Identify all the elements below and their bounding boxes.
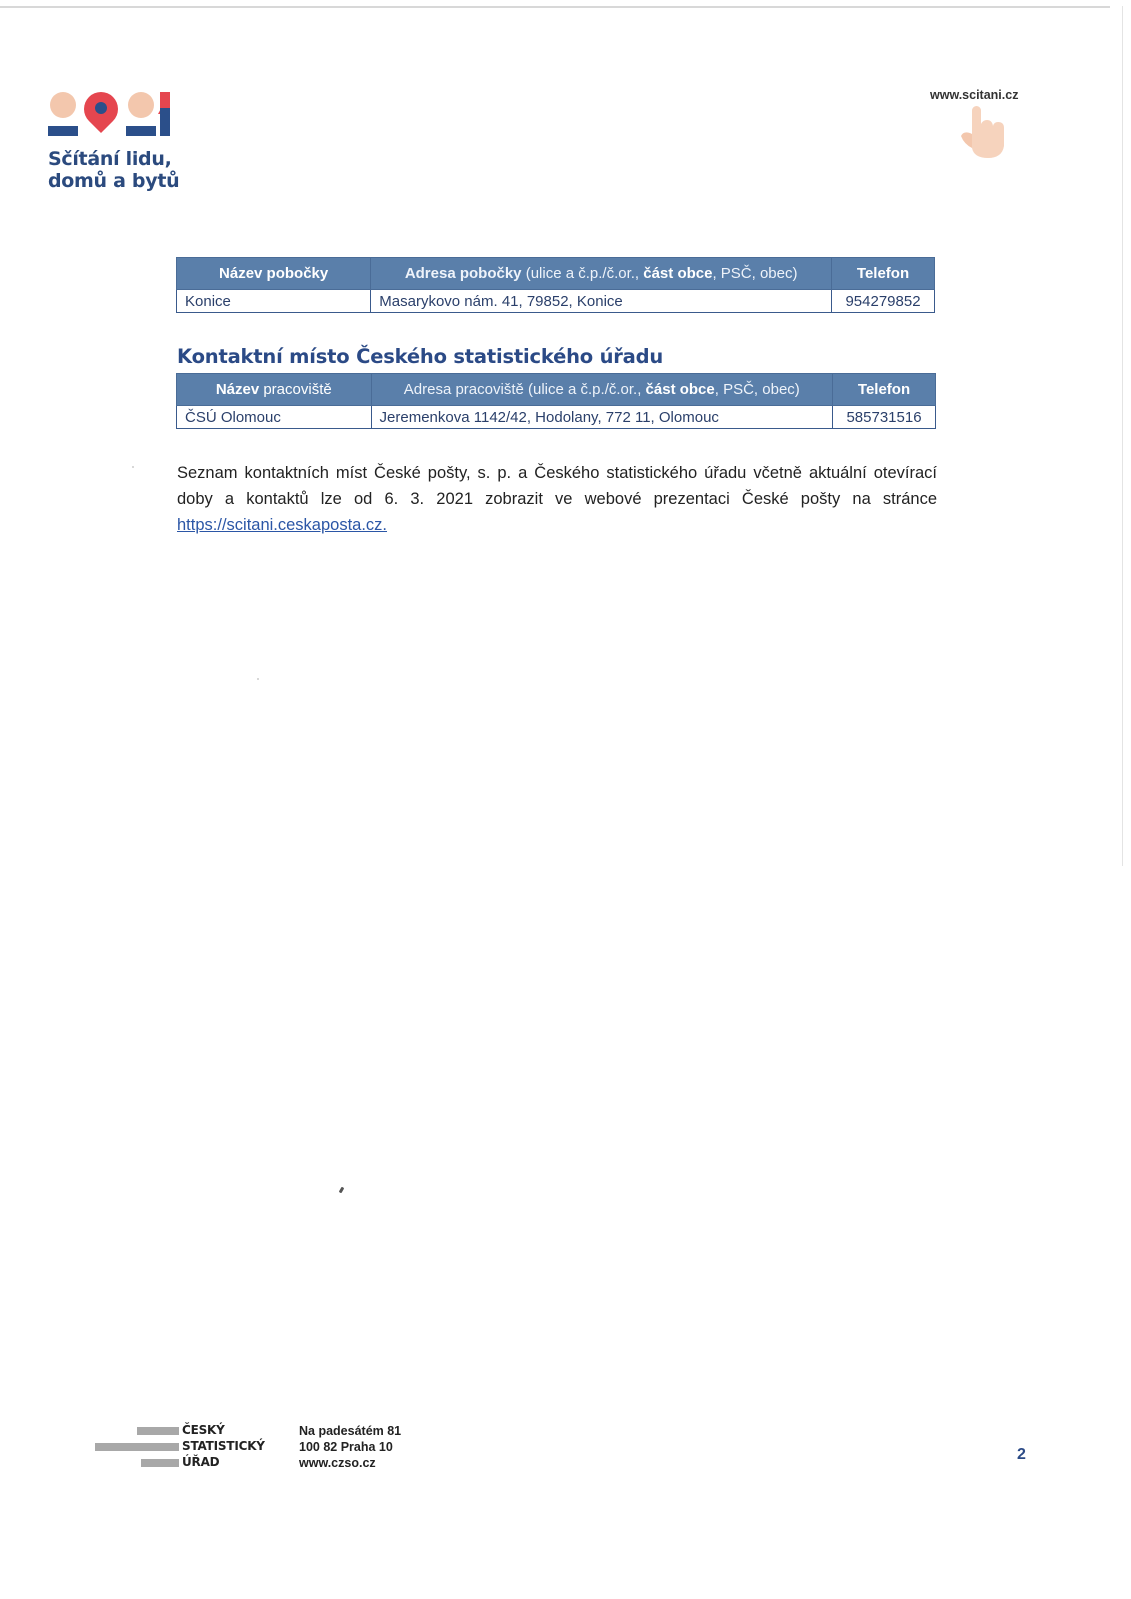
address-line-2: 100 82 Praha 10 <box>299 1439 401 1455</box>
scan-speck <box>132 466 134 468</box>
table-row: Konice Masarykovo nám. 41, 79852, Konice… <box>177 290 935 313</box>
column-header-phone: Telefon <box>832 258 935 290</box>
address-line-3: www.czso.cz <box>299 1455 401 1471</box>
logo-line-2: domů a bytů <box>48 170 188 192</box>
pointing-hand-icon <box>958 104 1008 160</box>
paragraph-text: Seznam kontaktních míst České pošty, s. … <box>177 464 937 508</box>
branch-table: Název pobočky Adresa pobočky (ulice a č.… <box>176 257 935 313</box>
org-name-line-3: ÚŘAD <box>182 1455 219 1469</box>
column-header-name: Název pobočky <box>177 258 371 290</box>
column-header-address: Adresa pracoviště (ulice a č.p./č.or., č… <box>371 374 833 406</box>
site-url: www.scitani.cz <box>930 88 1018 102</box>
csu-table: Název pracoviště Adresa pracoviště (ulic… <box>176 373 936 429</box>
column-header-phone: Telefon <box>833 374 936 406</box>
column-header-name: Název pracoviště <box>177 374 372 406</box>
branch-phone: 954279852 <box>832 290 935 313</box>
section-title: Kontaktní místo Českého statistického úř… <box>177 345 663 368</box>
page-edge <box>1122 6 1123 866</box>
branch-address: Masarykovo nám. 41, 79852, Konice <box>371 290 832 313</box>
office-name: ČSÚ Olomouc <box>177 406 372 429</box>
info-paragraph: Seznam kontaktních míst České pošty, s. … <box>177 460 937 538</box>
ceskaposta-link[interactable]: https://scitani.ceskaposta.cz. <box>177 516 387 534</box>
office-phone: 585731516 <box>833 406 936 429</box>
page-number: 2 <box>1017 1446 1026 1464</box>
table-row: ČSÚ Olomouc Jeremenkova 1142/42, Hodolan… <box>177 406 936 429</box>
address-line-1: Na padesátém 81 <box>299 1423 401 1439</box>
scan-speck <box>257 678 259 680</box>
page-edge <box>0 6 1110 8</box>
branch-name: Konice <box>177 290 371 313</box>
logo-line-1: Sčítání lidu, <box>48 148 188 170</box>
table-header-row: Název pobočky Adresa pobočky (ulice a č.… <box>177 258 935 290</box>
office-address: Jeremenkova 1142/42, Hodolany, 772 11, O… <box>371 406 833 429</box>
column-header-address: Adresa pobočky (ulice a č.p./č.or., část… <box>371 258 832 290</box>
logo-2021-icon <box>48 92 178 142</box>
org-name-line-2: STATISTICKÝ <box>182 1439 265 1453</box>
census-logo: Sčítání lidu, domů a bytů <box>48 92 188 192</box>
scan-speck <box>339 1187 345 1194</box>
org-name-line-1: ČESKÝ <box>182 1423 225 1437</box>
footer-address: Na padesátém 81 100 82 Praha 10 www.czso… <box>299 1423 401 1471</box>
table-header-row: Název pracoviště Adresa pracoviště (ulic… <box>177 374 936 406</box>
